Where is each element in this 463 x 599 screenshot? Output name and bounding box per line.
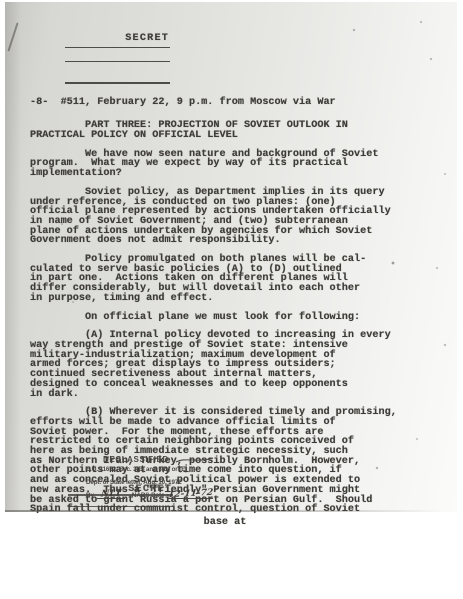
paragraph: On official plane we must look for follo… [30, 313, 439, 323]
strikethrough-line [65, 61, 170, 63]
declassification-stamp: DECLASSIFIED E.O. 11652, Sec. 3(E) and 5… [86, 455, 246, 499]
underline-line [65, 82, 170, 84]
stamp-by-line: By NLT NARS Date 12-11-72 [86, 490, 246, 499]
scan-shadow-band [5, 2, 21, 512]
stamp-title: DECLASSIFIED [103, 455, 169, 464]
document-page: SECRET -8- #511, February 22, 9 p.m. fro… [5, 2, 457, 512]
signature-line: NLT [97, 490, 125, 499]
page-bottom-edge [5, 510, 457, 512]
paragraph: (A) Internal policy devoted to increasin… [30, 331, 439, 399]
paragraph: We have now seen nature and background o… [30, 150, 439, 179]
date-line: 12-11-72 [168, 490, 213, 499]
secret-word-top: SECRET [67, 25, 169, 83]
handwritten-initials: NLT [100, 489, 121, 498]
strikethrough-line [65, 47, 170, 49]
section-heading: PART THREE: PROJECTION OF SOVIET OUTLOOK… [30, 121, 439, 140]
page-header-line: -8- #511, February 22, 9 p.m. from Mosco… [30, 98, 439, 108]
strikethrough-line [68, 506, 173, 508]
classification-stamp-top: SECRET [30, 15, 439, 93]
classification-label: SECRET [125, 33, 169, 44]
scanned-telegram-page: SECRET -8- #511, February 22, 9 p.m. fro… [0, 0, 463, 599]
by-label: By [86, 492, 94, 499]
nars-label: NARS Date [132, 492, 165, 499]
handwritten-date: 12-11-72 [167, 489, 213, 499]
stamp-dept-line: Dept. of State letter, Aug. 10, 1972 [86, 479, 246, 486]
stamp-eo-line: E.O. 11652, Sec. 3(E) and 5(D) or (E) [86, 466, 246, 473]
paragraph: Soviet policy, as Department implies in … [30, 188, 439, 246]
paragraph: Policy promulgated on both planes will b… [30, 255, 439, 304]
scan-artifact [7, 22, 18, 51]
flourish-line-icon [175, 456, 215, 464]
